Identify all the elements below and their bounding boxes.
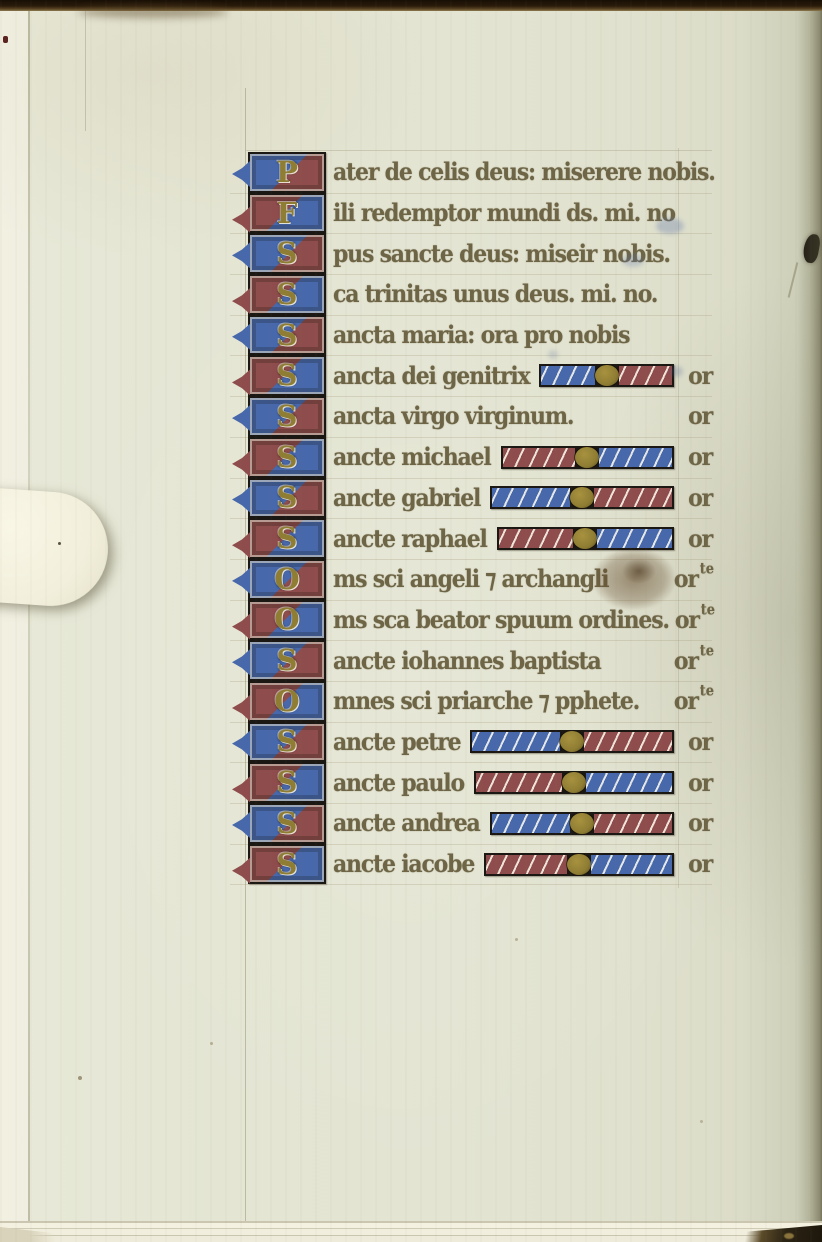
line-text: ms sci angeli ⁊ archangli: [333, 565, 608, 594]
initial-letter: S: [277, 402, 298, 431]
illuminated-initial: P: [248, 152, 326, 193]
blue-smudge: [670, 366, 683, 377]
filler-segment-blue: [591, 855, 672, 874]
filler-segment-gold: [573, 528, 597, 549]
litany-line: Sancta virgo virginum.or: [230, 396, 712, 437]
page-fold-line: [28, 11, 30, 1225]
dust-speck: [700, 1120, 703, 1123]
line-filler-bar: [497, 527, 674, 550]
line-text: ancte andrea: [333, 809, 480, 838]
line-filler-bar: [474, 771, 674, 794]
line-text: ancte michael: [333, 443, 491, 472]
litany-line: Sancte pauloor: [230, 762, 712, 803]
cusp-ornament: [232, 487, 250, 513]
filler-segment-gold: [567, 854, 591, 875]
filler-segment-maroon: [594, 814, 672, 833]
filler-segment-gold: [570, 487, 594, 508]
top-ruling-line: [246, 150, 712, 151]
initial-letter: F: [277, 199, 298, 228]
ink-stain-core: [622, 558, 656, 584]
illuminated-initial: O: [248, 600, 326, 641]
blue-smudge: [656, 218, 684, 234]
line-text: ancte iacobe: [333, 849, 474, 878]
filler-segment-blue: [586, 773, 672, 792]
line-filler-bar: [490, 812, 675, 835]
illuminated-initial: S: [248, 478, 326, 519]
response-abbreviation: orte: [674, 646, 712, 675]
filler-segment-blue: [472, 732, 560, 751]
initial-letter: S: [277, 850, 298, 879]
response-abbreviation: orte: [674, 687, 712, 716]
line-text: ancte gabriel: [333, 483, 480, 512]
illuminated-initial: F: [248, 193, 326, 234]
initial-letter: S: [277, 239, 298, 268]
filler-segment-maroon: [594, 488, 672, 507]
initial-letter: S: [277, 361, 298, 390]
filler-segment-maroon: [476, 773, 562, 792]
litany-line: Sancte petreor: [230, 722, 712, 763]
litany-line: Sancte gabrielor: [230, 478, 712, 519]
page-edge-line: [85, 11, 86, 131]
filler-segment-gold: [575, 447, 599, 468]
superscript-te: te: [700, 683, 714, 700]
superscript-te: te: [700, 561, 714, 578]
litany-line: Sancte iohannes baptistaorte: [230, 640, 712, 681]
response-abbreviation: or: [688, 443, 712, 472]
book-bottom-pages: [0, 1221, 822, 1242]
filler-segment-blue: [492, 814, 570, 833]
cusp-ornament: [232, 161, 250, 187]
response-abbreviation: or: [688, 524, 712, 553]
response-abbreviation: or: [688, 849, 712, 878]
initial-letter: S: [277, 524, 298, 553]
cusp-ornament: [232, 242, 250, 268]
cusp-ornament: [232, 324, 250, 350]
line-filler-bar: [490, 486, 674, 509]
filler-segment-maroon: [499, 529, 574, 548]
response-abbreviation: or: [688, 809, 712, 838]
cusp-ornament: [232, 858, 250, 884]
litany-line: Sancta maria: ora pro nobis: [230, 315, 712, 356]
filler-segment-maroon: [584, 732, 672, 751]
filler-segment-maroon: [486, 855, 567, 874]
line-text: ancte raphael: [333, 524, 487, 553]
response-abbreviation: or: [688, 727, 712, 756]
illuminated-initial: S: [248, 762, 326, 803]
litany-line: Sancte andreaor: [230, 803, 712, 844]
filler-segment-gold: [570, 813, 594, 834]
filler-segment-gold: [595, 365, 619, 386]
litany-line: Omnes sci priarche ⁊ pphete.orte: [230, 681, 712, 722]
superscript-te: te: [701, 602, 715, 619]
filler-segment-gold: [560, 731, 584, 752]
cusp-ornament: [232, 649, 250, 675]
illuminated-initial: S: [248, 315, 326, 356]
initial-letter: S: [277, 483, 298, 512]
response-abbreviation: orte: [674, 565, 712, 594]
blue-smudge: [548, 350, 558, 359]
filler-segment-maroon: [503, 448, 576, 467]
response-abbreviation: or: [688, 361, 712, 390]
litany-line: Sancte michaelor: [230, 437, 712, 478]
litany-line: Sancta dei genitrixor: [230, 355, 712, 396]
line-text: ancte iohannes baptista: [333, 646, 601, 675]
initial-letter: O: [274, 605, 299, 634]
filler-segment-maroon: [619, 366, 672, 385]
line-filler-bar: [501, 446, 675, 469]
line-text: pus sancte deus: miseir nobis.: [333, 239, 670, 268]
initial-letter: O: [274, 565, 299, 594]
dust-speck: [515, 938, 518, 941]
superscript-te: te: [700, 642, 714, 659]
initial-letter: S: [277, 321, 298, 350]
manuscript-photo: Pater de celis deus: miserere nobis.Fili…: [0, 0, 822, 1242]
illuminated-initial: S: [248, 437, 326, 478]
left-page-edge-strip: [0, 11, 28, 1225]
illuminated-initial: S: [248, 274, 326, 315]
illuminated-initial: S: [248, 844, 326, 885]
cusp-ornament: [232, 369, 250, 395]
response-abbreviation: or: [688, 483, 712, 512]
dust-speck: [78, 1076, 82, 1080]
illuminated-initial: S: [248, 803, 326, 844]
line-filler-bar: [539, 364, 674, 387]
line-text: ca trinitas unus deus. mi. no.: [333, 280, 657, 309]
line-text: ms sca beator spuum ordines.: [333, 605, 669, 634]
initial-letter: S: [277, 646, 298, 675]
line-filler-bar: [470, 730, 674, 753]
cusp-ornament: [232, 731, 250, 757]
illuminated-initial: S: [248, 396, 326, 437]
cusp-ornament: [232, 451, 250, 477]
cusp-ornament: [232, 614, 250, 640]
illuminated-initial: O: [248, 681, 326, 722]
response-abbreviation: orte: [675, 605, 713, 634]
page-marker: [0, 484, 112, 610]
cusp-ornament: [232, 695, 250, 721]
litany-line: Sancte iacobeor: [230, 844, 712, 885]
line-text: ili redemptor mundi ds. mi. no: [333, 198, 675, 227]
dust-speck: [210, 1042, 213, 1045]
cusp-ornament: [232, 568, 250, 594]
red-speck: [3, 36, 8, 43]
illuminated-initial: S: [248, 518, 326, 559]
line-text: ater de celis deus: miserere nobis.: [333, 158, 715, 187]
illuminated-initial: S: [248, 355, 326, 396]
litany-line: Pater de celis deus: miserere nobis.: [230, 152, 712, 193]
cusp-ornament: [232, 532, 250, 558]
initial-letter: S: [277, 443, 298, 472]
illuminated-initial: S: [248, 233, 326, 274]
litany-line: Sca trinitas unus deus. mi. no.: [230, 274, 712, 315]
cusp-ornament: [232, 812, 250, 838]
initial-letter: S: [277, 280, 298, 309]
initial-letter: S: [277, 809, 298, 838]
blue-smudge: [622, 254, 644, 267]
line-text: ancta virgo virginum.: [333, 402, 573, 431]
page-marker-speck: [58, 542, 61, 545]
litany-line: Fili redemptor mundi ds. mi. no: [230, 193, 712, 234]
top-edge-smudge: [78, 6, 228, 18]
cusp-ornament: [232, 776, 250, 802]
initial-letter: S: [277, 768, 298, 797]
initial-letter: P: [276, 158, 298, 187]
response-abbreviation: or: [688, 768, 712, 797]
initial-letter: S: [277, 727, 298, 756]
illuminated-initial: S: [248, 640, 326, 681]
filler-segment-blue: [541, 366, 594, 385]
cusp-ornament: [232, 288, 250, 314]
litany-line: Spus sancte deus: miseir nobis.: [230, 233, 712, 274]
cusp-ornament: [232, 405, 250, 431]
filler-segment-gold: [562, 772, 586, 793]
illuminated-initial: O: [248, 559, 326, 600]
filler-segment-blue: [492, 488, 570, 507]
response-abbreviation: or: [688, 402, 712, 431]
line-text: mnes sci priarche ⁊ pphete.: [333, 687, 639, 716]
line-text: ancta dei genitrix: [333, 361, 529, 390]
initial-letter: O: [274, 687, 299, 716]
gilt-fleck: [784, 1233, 794, 1239]
fore-edge-shadow: [796, 11, 822, 1223]
line-text: ancte paulo: [333, 768, 464, 797]
line-text: ancte petre: [333, 727, 460, 756]
cusp-ornament: [232, 207, 250, 233]
illuminated-initial: S: [248, 722, 326, 763]
line-text: ancta maria: ora pro nobis: [333, 321, 629, 350]
filler-segment-blue: [597, 529, 672, 548]
filler-segment-blue: [599, 448, 672, 467]
line-filler-bar: [484, 853, 674, 876]
